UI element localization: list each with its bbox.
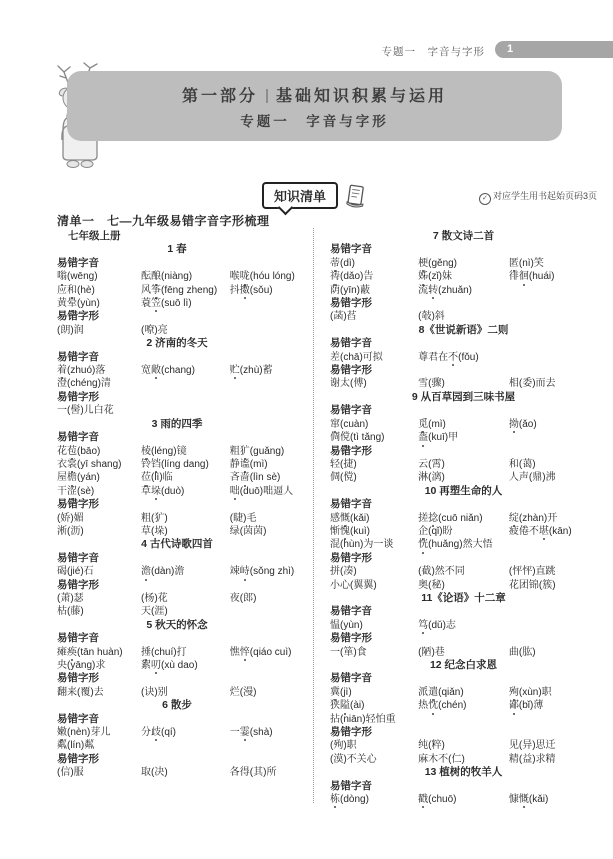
- emphasized-char: 裳: [67, 458, 77, 471]
- textbook-page: 专题一 字音与字形 1 第一部分基础知识积累与运用 专题一 字音与字形 知识清单: [0, 0, 613, 859]
- word-grid-yin: 嗡(wēng)酝酿(niàng)喉咙(hóu lóng)应和(hè)风筝(fēn…: [57, 270, 297, 310]
- emphasized-char: 酿: [151, 270, 161, 283]
- emphasized-char: 咙: [240, 270, 250, 283]
- word-item: 窜(cuàn): [330, 418, 418, 431]
- section-title: 13 植树的牧羊人: [330, 766, 597, 779]
- emphasized-char: 栋: [330, 793, 340, 806]
- word-item: 拼(凑): [330, 565, 418, 578]
- word-item: 惭愧(kuì): [330, 525, 418, 538]
- word-item: 花团锦(簇): [509, 579, 597, 592]
- word-item: 草(垛): [141, 525, 230, 538]
- emphasized-char: 冀: [330, 686, 340, 699]
- section-title: 10 再塑生命的人: [330, 485, 597, 498]
- word-item: 疲倦不堪(kān): [509, 525, 597, 538]
- word-item: 静谧(mì): [230, 458, 297, 471]
- label-xing: 易错字形: [330, 632, 597, 645]
- emphasized-char: 傥: [340, 431, 350, 444]
- word-item: (信)服: [57, 766, 141, 779]
- emphasized-char: 绽: [509, 512, 519, 525]
- emphasized-char: 檐: [67, 471, 77, 484]
- word-grid-xing: 谢太(傅)雪(骤)相(委)而去: [330, 377, 597, 390]
- emphasized-char: 盔: [418, 431, 428, 444]
- word-item: 各得(其)所: [230, 766, 297, 779]
- label-yin: 易错字音: [330, 337, 597, 350]
- word-item: 嫩(nèn)芽儿: [57, 726, 141, 739]
- chapter-title-box: 第一部分基础知识积累与运用 专题一 字音与字形: [67, 71, 562, 141]
- word-grid-xing: (菡)萏(攲)斜: [330, 310, 597, 323]
- word-item: 风筝(fēng zheng): [141, 284, 230, 297]
- word-item: 狭隘(ài): [330, 699, 418, 712]
- word-grid-xing: (娇)媚粗(犷)(睫)毛淅(沥)草(垛)绿(茵茵): [57, 512, 297, 539]
- word-item: 姊(zǐ)妹: [418, 270, 509, 283]
- label-yin: 易错字音: [330, 780, 597, 793]
- word-item: 枯(藤): [57, 605, 141, 618]
- word-item: 殉(xùn)职: [509, 686, 597, 699]
- word-grid-xing: 翻来(覆)去(诀)别烂(漫): [57, 686, 297, 699]
- check-circle-icon: ✓: [479, 193, 491, 205]
- part-label: 第一部分: [182, 88, 258, 105]
- word-item: 央(yāng)求: [57, 659, 141, 672]
- section-title: 5 秋天的怀念: [57, 619, 297, 632]
- word-item: (截)然不同: [418, 565, 509, 578]
- word-item: 草垛(duò): [141, 485, 230, 498]
- word-item: 吝啬(lìn sè): [230, 471, 297, 484]
- label-xing: 易错字形: [57, 391, 297, 404]
- label-xing: 易错字形: [330, 726, 597, 739]
- word-item: 黄晕(yùn): [57, 297, 141, 310]
- label-xing: 易错字形: [330, 552, 597, 565]
- word-item: 奥(秘): [418, 579, 509, 592]
- word-grid-yin: 冀(jì)派遣(qiǎn)殉(xùn)职狭隘(ài)热忱(chén)鄙(bǐ)薄…: [330, 686, 597, 726]
- word-item: 精(益)求精: [509, 753, 597, 766]
- emphasized-char: 匿: [509, 257, 519, 270]
- label-xing: 易错字形: [57, 579, 297, 592]
- word-item: 企(qǐ)盼: [418, 525, 509, 538]
- emphasized-char: 慨: [340, 512, 350, 525]
- emphasized-char: 叨: [151, 659, 161, 672]
- word-grid-xing: 一(髻)儿白花: [57, 404, 297, 417]
- word-item: 绿(茵茵): [230, 525, 297, 538]
- word-item: 见(异)思迁: [509, 739, 597, 752]
- word-item: 絮叨(xù dao): [141, 659, 230, 672]
- word-item: 淋(漓): [418, 471, 509, 484]
- word-item: 尊君在不(fǒu): [418, 351, 509, 364]
- word-item: (睫)毛: [230, 512, 297, 525]
- word-item: 盔(kuī)甲: [418, 431, 509, 444]
- word-grid-xing: (朗)润(嘹)亮: [57, 324, 297, 337]
- grade-label: 七年级上册: [57, 230, 297, 243]
- word-item: 取(决): [141, 766, 230, 779]
- word-grid-xing: 轻(捷)云(霄)和(蔼)倜(傥)淋(漓)人声(鼎)沸: [330, 458, 597, 485]
- word-grid-xing: 拼(凑)(截)然不同(怦怦)直跳小心(翼翼)奥(秘)花团锦(簇): [330, 565, 597, 592]
- word-item: 人声(鼎)沸: [509, 471, 597, 484]
- emphasized-char: 贮: [230, 364, 240, 377]
- word-item: (娇)媚: [57, 512, 141, 525]
- word-item: 蓑笠(suō lì): [141, 297, 230, 310]
- label-yin: 易错字音: [57, 257, 297, 270]
- emphasized-char: 遣: [428, 686, 438, 699]
- label-yin: 易错字音: [330, 498, 597, 511]
- word-item: 粼(lín)粼: [57, 739, 141, 752]
- part-title-line: 第一部分基础知识积累与运用: [67, 83, 562, 106]
- word-item: 轻(捷): [330, 458, 418, 471]
- word-item: (漠)不关心: [330, 753, 418, 766]
- word-item: 天(涯): [141, 605, 230, 618]
- emphasized-char: 忱: [428, 699, 438, 712]
- word-item: 祷(dǎo)告: [330, 270, 418, 283]
- word-item: 匿(nì)笑: [509, 257, 597, 270]
- word-grid-xing: (萧)瑟(杨)花夜(郎)枯(藤)天(涯): [57, 592, 297, 619]
- label-yin: 易错字音: [57, 713, 297, 726]
- word-item: 一(箪)食: [330, 646, 418, 659]
- word-item: 愠(yùn): [330, 619, 418, 632]
- emphasized-char: 碣: [57, 565, 67, 578]
- word-grid-yin: 栋(dòng)戳(chuō)慷慨(kǎi): [330, 793, 597, 806]
- label-yin: 易错字音: [57, 351, 297, 364]
- label-yin: 易错字音: [330, 605, 597, 618]
- word-grid-yin: 瘫痪(tān huàn)捶(chuí)打憔悴(qiáo cuì)央(yāng)求…: [57, 646, 297, 673]
- emphasized-char: 混: [330, 538, 340, 551]
- word-item: 曲(肱): [509, 646, 597, 659]
- emphasized-char: 愠: [330, 619, 340, 632]
- emphasized-char: 愧: [340, 525, 350, 538]
- emphasized-char: 拗: [509, 418, 519, 431]
- word-grid-yin: 嫩(nèn)芽儿分歧(qí)一霎(shà)粼(lín)粼: [57, 726, 297, 753]
- right-sections: 7 散文诗二首易错字音蒂(dì)梗(gěng)匿(nì)笑祷(dǎo)告姊(zǐ…: [330, 230, 597, 806]
- word-item: 徘徊(huái): [509, 270, 597, 283]
- word-grid-yin: 着(zhuó)落宽敞(chang)贮(zhù)蓄澄(chéng)清: [57, 364, 297, 391]
- word-item: 混(hùn)为一谈: [330, 538, 418, 551]
- emphasized-char: 粼: [57, 739, 67, 752]
- word-item: 笃(dǔ)志: [418, 619, 509, 632]
- section-title: 6 散步: [57, 699, 297, 712]
- word-item: 流转(zhuǎn): [418, 284, 509, 297]
- word-item: 喉咙(hóu lóng): [230, 270, 297, 283]
- section-title: 3 雨的四季: [57, 418, 297, 431]
- emphasized-char: 笠: [151, 297, 161, 310]
- word-grid-xing: (信)服取(决)各得(其)所: [57, 766, 297, 779]
- word-item: 感慨(kǎi): [330, 512, 418, 525]
- emphasized-char: 苞: [67, 445, 77, 458]
- right-column: 7 散文诗二首易错字音蒂(dì)梗(gěng)匿(nì)笑祷(dǎo)告姊(zǐ…: [330, 230, 597, 806]
- column-divider: [313, 228, 314, 803]
- label-yin: 易错字音: [57, 632, 297, 645]
- section-title: 7 散文诗二首: [330, 230, 597, 243]
- word-item: 淅(沥): [57, 525, 141, 538]
- label-xing: 易错字形: [57, 753, 297, 766]
- word-item: 瘫痪(tān huàn): [57, 646, 141, 659]
- word-item: 慷慨(kǎi): [509, 793, 597, 806]
- chapter-subtitle: 专题一 字音与字形: [67, 110, 562, 130]
- word-item: 碣(jié)石: [57, 565, 141, 578]
- word-item: 棱(léng)镜: [141, 445, 230, 458]
- word-item: 和(蔼): [509, 458, 597, 471]
- word-item: (诀)别: [141, 686, 230, 699]
- section-title: 1 春: [57, 243, 297, 256]
- word-item: 一霎(shà): [230, 726, 297, 739]
- word-item: 嗡(wēng): [57, 270, 141, 283]
- left-sections: 1 春易错字音嗡(wēng)酝酿(niàng)喉咙(hóu lóng)应和(hè…: [57, 243, 297, 779]
- word-item: (嘹)亮: [141, 324, 230, 337]
- emphasized-char: 祷: [330, 270, 340, 283]
- student-book-page-note: ✓对应学生用书起始页码3页: [479, 189, 597, 205]
- word-item: 谢太(傅): [330, 377, 418, 390]
- word-item: 贮(zhù)蓄: [230, 364, 297, 377]
- word-item: 干涩(sè): [57, 485, 141, 498]
- word-item: (菡)萏: [330, 310, 418, 323]
- section-title: 11《论语》十二章: [330, 592, 597, 605]
- emphasized-char: 谧: [240, 458, 250, 471]
- knowledge-badge-row: 知识清单 ✓对应学生用书起始页码3页: [0, 182, 613, 212]
- label-xing: 易错字形: [330, 445, 597, 458]
- word-item: 捶(chuí)打: [141, 646, 230, 659]
- emphasized-char: 徊: [519, 270, 529, 283]
- word-item: 竦峙(sǒng zhì): [230, 565, 297, 578]
- section-title: 9 从百草园到三味书屋: [330, 391, 597, 404]
- word-item: (陋)巷: [418, 646, 509, 659]
- word-item: 蒂(dì): [330, 257, 418, 270]
- word-item: 抖擞(sǒu): [230, 284, 297, 297]
- word-item: 莅(lì)临: [141, 471, 230, 484]
- word-item: 雪(骤): [418, 377, 509, 390]
- word-item: 粗犷(guǎng): [230, 445, 297, 458]
- emphasized-char: 棱: [141, 445, 151, 458]
- word-item: 澹(dàn)澹: [141, 565, 230, 578]
- emphasized-char: 殉: [509, 686, 519, 699]
- part-title: 基础知识积累与运用: [276, 88, 447, 105]
- emphasized-char: 梗: [418, 257, 428, 270]
- word-grid-xing: (殉)职纯(粹)见(异)思迁(漠)不关心麻木不(仁)精(益)求精: [330, 739, 597, 766]
- section-title: 2 济南的冬天: [57, 337, 297, 350]
- label-xing: 易错字形: [57, 498, 297, 511]
- label-yin: 易错字音: [57, 431, 297, 444]
- knowledge-list-badge: 知识清单: [262, 182, 338, 209]
- word-item: 咄(duō)咄逼人: [230, 485, 297, 498]
- word-grid-yin: 愠(yùn)笃(dǔ)志: [330, 619, 597, 632]
- list-one-heading: 清单一 七—九年级易错字音字形梳理: [57, 212, 270, 229]
- word-item: (殉)职: [330, 739, 418, 752]
- emphasized-char: 慨: [519, 793, 529, 806]
- word-item: 拗(ǎo): [509, 418, 597, 431]
- word-item: 宽敞(chang): [141, 364, 230, 377]
- emphasized-char: 和: [67, 284, 77, 297]
- word-item: (杨)花: [141, 592, 230, 605]
- word-item: 粗(犷): [141, 512, 230, 525]
- word-item: 花苞(bāo): [57, 445, 141, 458]
- word-item: 恍(huǎng)然大悟: [418, 538, 509, 551]
- emphasized-char: 窜: [330, 418, 340, 431]
- word-item: 酝酿(niàng): [141, 270, 230, 283]
- word-item: 应和(hè): [57, 284, 141, 297]
- word-grid-yin: 花苞(bāo)棱(léng)镜粗犷(guǎng)衣裳(yī shang)铃铛(l…: [57, 445, 297, 499]
- word-item: 觅(mì): [418, 418, 509, 431]
- word-item: 拈(niān)轻怕重: [330, 713, 418, 726]
- label-yin: 易错字音: [330, 672, 597, 685]
- emphasized-char: 拈: [330, 713, 340, 726]
- emphasized-char: 悴: [240, 646, 250, 659]
- emphasized-char: 不: [448, 351, 458, 364]
- emphasized-char: 铛: [151, 458, 161, 471]
- word-grid-yin: 碣(jié)石澹(dàn)澹竦峙(sǒng zhì): [57, 565, 297, 578]
- word-item: 搓捻(cuō niǎn): [418, 512, 509, 525]
- word-item: (怦怦)直跳: [509, 565, 597, 578]
- emphasized-char: 峙: [240, 565, 250, 578]
- word-item: 戳(chuō): [418, 793, 509, 806]
- word-item: 冀(jì): [330, 686, 418, 699]
- section-title: 4 古代诗歌四首: [57, 538, 297, 551]
- emphasized-char: 捶: [141, 646, 151, 659]
- label-xing: 易错字形: [57, 310, 297, 323]
- emphasized-char: 犷: [240, 445, 250, 458]
- emphasized-char: 笃: [418, 619, 428, 632]
- emphasized-char: 嫩: [57, 726, 67, 739]
- word-item: 分歧(qí): [141, 726, 230, 739]
- word-item: 衣裳(yī shang): [57, 458, 141, 471]
- emphasized-char: 霎: [240, 726, 250, 739]
- emphasized-char: 痪: [67, 646, 77, 659]
- emphasized-char: 荫: [330, 284, 340, 297]
- emphasized-char: 嗡: [57, 270, 67, 283]
- emphasized-char: 咄: [230, 485, 240, 498]
- label-yin: 易错字音: [330, 404, 597, 417]
- emphasized-char: 蒂: [330, 257, 340, 270]
- word-item: 热忱(chén): [418, 699, 509, 712]
- word-item: 着(zhuó)落: [57, 364, 141, 377]
- emphasized-char: 着: [57, 364, 67, 377]
- emphasized-char: 莅: [141, 471, 151, 484]
- word-item: (攲)斜: [418, 310, 509, 323]
- word-item: (萧)瑟: [57, 592, 141, 605]
- word-item: 绽(zhàn)开: [509, 512, 597, 525]
- emphasized-char: 啬: [240, 471, 250, 484]
- word-item: 烂(漫): [230, 686, 297, 699]
- emphasized-char: 差: [330, 351, 340, 364]
- emphasized-char: 姊: [418, 270, 428, 283]
- word-item: 憔悴(qiáo cuì): [230, 646, 297, 659]
- emphasized-char: 戳: [418, 793, 428, 806]
- scroll-icon: [346, 184, 366, 208]
- word-item: 倜傥(tì tǎng): [330, 431, 418, 444]
- word-item: 一(髻)儿白花: [57, 404, 141, 417]
- label-xing: 易错字形: [57, 672, 297, 685]
- emphasized-char: 澄: [57, 377, 67, 390]
- label-xing: 易错字形: [330, 364, 597, 377]
- word-grid-yin: 差(chā)可拟尊君在不(fǒu): [330, 351, 597, 364]
- word-item: 鄙(bǐ)薄: [509, 699, 597, 712]
- word-grid-yin: 蒂(dì)梗(gěng)匿(nì)笑祷(dǎo)告姊(zǐ)妹徘徊(huái)荫…: [330, 257, 597, 297]
- word-item: 屋檐(yán): [57, 471, 141, 484]
- emphasized-char: 澹: [141, 565, 151, 578]
- emphasized-char: 企: [418, 525, 428, 538]
- emphasized-char: 垛: [151, 485, 161, 498]
- emphasized-char: 隘: [340, 699, 350, 712]
- word-item: 纯(粹): [418, 739, 509, 752]
- section-title: 8《世说新语》二则: [330, 324, 597, 337]
- word-item: 铃铛(líng dang): [141, 458, 230, 471]
- emphasized-char: 敞: [151, 364, 161, 377]
- word-grid-xing: 一(箪)食(陋)巷曲(肱): [330, 646, 597, 659]
- page-number-badge: 1: [495, 41, 613, 58]
- word-item: (朗)润: [57, 324, 141, 337]
- title-divider-bar: [266, 89, 268, 103]
- emphasized-char: 歧: [151, 726, 161, 739]
- word-item: 梗(gěng): [418, 257, 509, 270]
- emphasized-char: 晕: [67, 297, 77, 310]
- label-yin: 易错字音: [330, 243, 597, 256]
- emphasized-char: 筝: [151, 284, 161, 297]
- word-item: 荫(yīn)蔽: [330, 284, 418, 297]
- left-column: 七年级上册 1 春易错字音嗡(wēng)酝酿(niàng)喉咙(hóu lóng…: [57, 230, 297, 780]
- word-item: 小心(翼翼): [330, 579, 418, 592]
- word-grid-yin: 感慨(kǎi)搓捻(cuō niǎn)绽(zhàn)开惭愧(kuì)企(qǐ)盼…: [330, 512, 597, 552]
- word-item: 夜(郎): [230, 592, 297, 605]
- word-item: 倜(傥): [330, 471, 418, 484]
- word-item: 麻木不(仁): [418, 753, 509, 766]
- emphasized-char: 转: [428, 284, 438, 297]
- word-item: 澄(chéng)清: [57, 377, 141, 390]
- ref-note-text: 对应学生用书起始页码3页: [493, 191, 597, 201]
- emphasized-char: 涩: [67, 485, 77, 498]
- word-item: 相(委)而去: [509, 377, 597, 390]
- label-xing: 易错字形: [330, 297, 597, 310]
- section-title: 12 纪念白求恩: [330, 659, 597, 672]
- word-item: 派遣(qiǎn): [418, 686, 509, 699]
- word-item: 栋(dòng): [330, 793, 418, 806]
- emphasized-char: 觅: [418, 418, 428, 431]
- word-grid-yin: 窜(cuàn)觅(mì)拗(ǎo)倜傥(tì tǎng)盔(kuī)甲: [330, 418, 597, 445]
- label-yin: 易错字音: [57, 552, 297, 565]
- emphasized-char: 鄙: [509, 699, 519, 712]
- emphasized-char: 堪: [539, 525, 549, 538]
- emphasized-char: 恍: [418, 538, 428, 551]
- emphasized-char: 擞: [240, 284, 250, 297]
- word-item: 翻来(覆)去: [57, 686, 141, 699]
- running-head: 专题一 字音与字形: [382, 44, 486, 59]
- emphasized-char: 央: [57, 659, 67, 672]
- word-item: 云(霄): [418, 458, 509, 471]
- word-item: 差(chā)可拟: [330, 351, 418, 364]
- emphasized-char: 捻: [428, 512, 438, 525]
